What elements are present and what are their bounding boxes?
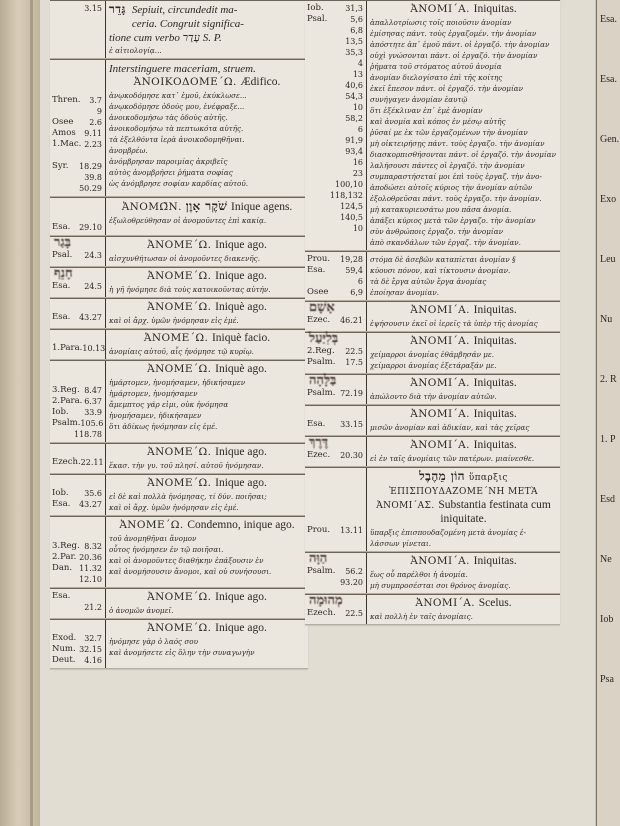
greek-headword: ἈΝΟΜΙ΄Α. xyxy=(410,555,470,567)
reference-row xyxy=(52,519,102,530)
reference-column: 3.Reg.8.322.Par.20.36Dan.11.3212.10 xyxy=(50,517,106,587)
chapter-verse: 20.30 xyxy=(340,450,363,461)
greek-quotation-line: λάσσων γίνεται. xyxy=(370,538,557,549)
book-abbreviation: Psal. xyxy=(307,14,327,25)
chapter-verse: 35,3 xyxy=(345,47,363,58)
chapter-verse: 59,4 xyxy=(345,265,363,276)
greek-quotation-line: μὴ οἰκτειρήσῃς πάντ. τοὺς ἐργαζο. τὴν ἀν… xyxy=(370,138,557,149)
greek-headword: ἈΝΟΜΙ΄Α. xyxy=(410,335,470,347)
reference-row: 21.2 xyxy=(52,602,102,613)
reference-row: 4 xyxy=(307,58,363,69)
concordance-slip: Prou.19,28Esa.59,46Osee6,9στόμα δὲ ἀσεβῶ… xyxy=(305,251,560,301)
reference-row: 16 xyxy=(307,157,363,168)
chapter-verse: 24.3 xyxy=(84,250,102,261)
reference-row xyxy=(52,477,102,488)
greek-headword: ἈΝΟΜΩ̃Ν. xyxy=(122,201,182,213)
book-abbreviation: Ezec. xyxy=(307,315,330,326)
entry-heading: ἈΝΟΜΕ΄Ω. Inique ago. xyxy=(109,591,305,604)
book-abbreviation: 3.Reg. xyxy=(52,385,80,396)
reference-row: 40,6 xyxy=(307,80,363,91)
chapter-verse: 40,6 xyxy=(345,80,363,91)
hebrew-word: שֹׁקֶר אָוֶן xyxy=(186,199,228,213)
reference-column: Prou.19,28Esa.59,46Osee6,9 xyxy=(305,252,367,300)
greek-headword: ἈΝΟΜΙ΄Α. xyxy=(410,3,470,15)
chapter-verse: 6,8 xyxy=(350,25,363,36)
margin-reference: 2. R xyxy=(597,368,620,392)
entry-body: ἈΝΟΜΙ΄Α. Iniquitas.μισῶν ἀνομίαν καὶ ἀδι… xyxy=(367,406,560,435)
greek-quotation-line: συμπαραστήσεταί μοι ἐπὶ τοὺς ἐργαζ. τὴν … xyxy=(370,171,557,182)
reference-column: Psalm.56.293.20הַוָּה xyxy=(305,553,367,593)
greek-quotation-line: ἐξολοθρεῦσαι πάντ. τοὺς ἐργαζο. τὴν ἀνομ… xyxy=(370,193,557,204)
chapter-verse: 22.11 xyxy=(81,457,104,468)
chapter-verse: 17.5 xyxy=(345,357,363,368)
latin-translation: Inique ago. xyxy=(215,239,267,251)
reference-row: Psalm.105.6 xyxy=(52,418,102,429)
greek-quotation-line: διασκορπισθήσονται πάντ. οἱ ἐργαζό. τὴν … xyxy=(370,149,557,160)
chapter-verse: 10.13 xyxy=(82,343,105,354)
reference-column: Esa.33.15 xyxy=(305,406,367,435)
latin-translation: Condemno, inique ago. xyxy=(187,519,294,531)
chapter-verse: 6 xyxy=(358,124,363,135)
reference-row: 3.Reg.8.47 xyxy=(52,385,102,396)
latin-translation: Iniquitas. xyxy=(474,3,517,15)
reference-row xyxy=(52,363,102,374)
greek-headword: ἈΝΟΜΙ΄Α. xyxy=(415,597,475,609)
greek-quotation-line: ἄμεμπτος γάρ εἰμι, οὐκ ἠνόμησα xyxy=(109,399,305,410)
reference-row: 118.78 xyxy=(52,429,102,440)
reference-row: 6 xyxy=(307,276,363,287)
reference-row: Ezec.20.30 xyxy=(307,450,363,461)
reference-row: Dan.11.32 xyxy=(52,563,102,574)
reference-row: 6,8 xyxy=(307,25,363,36)
concordance-slip: Psal.24.3בָּגַרἈΝΟΜΕ΄Ω. Inique ago.αἰσχυ… xyxy=(50,236,308,267)
chapter-verse: 13 xyxy=(353,69,363,80)
entry-body: הוֹן מֵהֶבֶל ὕπαρξις ἘΠΙΣΠΟΥΔΑΖΟΜΕ΄ΝΗ ΜΕ… xyxy=(367,468,560,551)
latin-translation: Iniquè ago. xyxy=(215,363,267,375)
reference-row: Esa.33.15 xyxy=(307,419,363,430)
book-abbreviation: Esa. xyxy=(307,419,325,430)
book-abbreviation: 1.Para. xyxy=(52,343,82,354)
chapter-verse: 31,3 xyxy=(345,3,363,14)
reference-row: Syr.18.29 xyxy=(52,161,102,172)
chapter-verse: 39.8 xyxy=(84,172,102,183)
reference-row: Esa.24.5 xyxy=(52,281,102,292)
greek-quotation-line: τὰ δὲ ἔργα αὐτῶν ἔργα ἀνομίας xyxy=(370,276,557,287)
greek-quotation-line: καὶ ἀνομήσετε εἰς ὅλην τὴν συναγωγὴν xyxy=(109,647,305,658)
greek-quotation-line: ἀνομβρέω. xyxy=(109,145,305,156)
chapter-verse: 9.11 xyxy=(84,128,102,139)
reference-row: Iob.31,3 xyxy=(307,3,363,14)
book-abbreviation: Syr. xyxy=(52,161,68,172)
margin-reference: Psa xyxy=(597,668,620,692)
greek-quotation-line: χείμαρροι ἀνομίας ἐθάμβησάν με. xyxy=(370,349,557,360)
entry-heading: ἈΝΟΜΕ΄Ω. Iniquè ago. xyxy=(109,363,305,376)
latin-translation: Inique ago. xyxy=(215,446,267,458)
reference-column: Esa.29.10 xyxy=(50,198,106,235)
greek-headword: ἈΝΟΜΕ΄Ω. xyxy=(119,519,183,531)
entry-body: ἈΝΟΜΕ΄Ω. Inique ago.ἠνόμησε γὰρ ὁ λαός σ… xyxy=(106,620,308,668)
reference-row: 118,132 xyxy=(307,190,363,201)
hebrew-word: גָּדֵר xyxy=(109,2,126,16)
reference-row: Ezech.22.5 xyxy=(307,608,363,619)
greek-quotation-line: ἀνόμβρησαν παροιμίας ἀκριβεῖς xyxy=(109,156,305,167)
chapter-verse: 3.15 xyxy=(84,3,102,14)
entry-heading: ἈΝΟΜΙ΄Α. Scelus. xyxy=(370,597,557,610)
reference-row: 9 xyxy=(52,106,102,117)
greek-quotation-line: μὴ κατακυριευσάτω μου πᾶσα ἀνομία. xyxy=(370,204,557,215)
book-abbreviation: Psalm. xyxy=(307,566,335,577)
greek-quotation-line: ἐποίησαν ἀνομίαν. xyxy=(370,287,557,298)
reference-row: Esa.43.27 xyxy=(52,312,102,323)
concordance-slip: Esa.29.10ἈΝΟΜΩ̃Ν. שֹׁקֶר אָוֶן Inique ag… xyxy=(50,197,308,236)
hebrew-stamp: מְהוּמָה xyxy=(309,595,343,606)
chapter-verse: 35.6 xyxy=(84,488,102,499)
greek-quotation-line: ὁ ἀνομῶν ἀνομεῖ. xyxy=(109,605,305,616)
hebrew-stamp: דֶּרֶךְ xyxy=(309,437,328,448)
concordance-slip: 3.15גָּדֵרSepiuit, circundedit ma-ceria.… xyxy=(50,0,308,59)
reference-row: 93.20 xyxy=(307,577,363,588)
reference-row: Iob.33.9 xyxy=(52,407,102,418)
reference-row: 93,4 xyxy=(307,146,363,157)
chapter-verse: 18.29 xyxy=(79,161,102,172)
greek-quotation-line: ἐμίσησας πάντ. τοὺς ἐργαζομέν. τὴν ἀνομί… xyxy=(370,28,557,39)
entry-heading: ἈΝΟΜΕ΄Ω. Inique ago. xyxy=(109,270,305,283)
latin-translation: Iniquitas. xyxy=(474,439,517,451)
entry-heading: ἈΝΟΜΕ΄Ω. Inique ago. xyxy=(109,239,305,252)
greek-quotation-line: ὅτι ἀδίκως ἠνόμησαν εἰς ἐμέ. xyxy=(109,421,305,432)
greek-quotation-line: καὶ πολλὴ ἐν ταῖς ἀνομίαις. xyxy=(370,611,557,622)
greek-quotation-line: ἐξωλοθρεύθησαν οἱ ἀνομοῦντες ἐπὶ κακίᾳ. xyxy=(109,215,305,226)
reference-row: Psalm.72.19 xyxy=(307,388,363,399)
concordance-slip: Iob.31,3Psal.5,66,813,535,341340,654,310… xyxy=(305,0,560,251)
reference-column: Ezech.22.5מְהוּמָה xyxy=(305,595,367,624)
book-abbreviation: Osee xyxy=(307,287,328,298)
greek-quotation-line: ἀπόστητε ἀπ᾽ ἐμοῦ πάντ. οἱ ἐργαζό. τὴν ἀ… xyxy=(370,39,557,50)
reference-row xyxy=(52,530,102,541)
reference-row: Esa.29.10 xyxy=(52,222,102,233)
greek-headword: ἈΝΟΙΚΟΔΟΜΕ΄Ω. xyxy=(134,76,237,88)
hebrew-stamp: חָנֵף xyxy=(54,268,73,279)
reference-row xyxy=(307,492,363,503)
book-abbreviation: 2.Par. xyxy=(52,552,76,563)
reference-row: 2.Par.20.36 xyxy=(52,552,102,563)
greek-quotation-line: μὴ συμπροσέσται σοι θρόνος ἀνομίας. xyxy=(370,580,557,591)
chapter-verse: 21.2 xyxy=(84,602,102,613)
greek-headword: ἈΝΟΜΕ΄Ω. xyxy=(147,363,211,375)
greek-headword: ἈΝΟΜΕ΄Ω. xyxy=(147,622,211,634)
chapter-verse: 32.7 xyxy=(84,633,102,644)
reference-row: 6 xyxy=(307,124,363,135)
greek-quotation-line: ἕκασ. τὴν γυ. τοῦ πλησί. αὐτοῦ ἠνόμησαν. xyxy=(109,460,305,471)
book-abbreviation: 2.Para. xyxy=(52,396,82,407)
latin-gloss-line: Sepiuit, circundedit ma- xyxy=(109,3,305,17)
entry-heading: ἈΝΟΜΙ΄Α. Iniquitas. xyxy=(370,335,557,348)
chapter-verse: 4 xyxy=(358,58,363,69)
reference-row xyxy=(52,150,102,161)
chapter-verse: 12.10 xyxy=(79,574,102,585)
entry-body: ἈΝΟΜΩ̃Ν. שֹׁקֶר אָוֶן Inique agens.ἐξωλο… xyxy=(106,198,308,235)
greek-quotation-line: μισῶν ἀνομίαν καὶ ἀδικίαν, καὶ τὰς χεῖρα… xyxy=(370,422,557,433)
book-abbreviation: 1.Mac. xyxy=(52,139,81,150)
entry-heading: ἈΝΟΜΕ΄Ω. Inique ago. xyxy=(109,477,305,490)
entry-heading: ἈΝΟΜΙ΄Α. Iniquitas. xyxy=(370,304,557,317)
reference-row xyxy=(52,84,102,95)
greek-quotation-line: ὕπαρξις ἐπισπουδαζομένη μετὰ ἀνομίας ἐ- xyxy=(370,527,557,538)
chapter-verse: 6 xyxy=(358,276,363,287)
chapter-verse: 124,5 xyxy=(340,201,363,212)
book-abbreviation: Deut. xyxy=(52,655,75,666)
chapter-verse: 24.5 xyxy=(84,281,102,292)
reference-column: 3.Reg.8.472.Para.6.37Iob.33.9Psalm.105.6… xyxy=(50,361,106,442)
reference-row: 10 xyxy=(307,223,363,234)
chapter-verse: 105.6 xyxy=(80,418,103,429)
reference-column: Iob.31,3Psal.5,66,813,535,341340,654,310… xyxy=(305,1,367,250)
chapter-verse: 93.20 xyxy=(340,577,363,588)
reference-row: 140,5 xyxy=(307,212,363,223)
hebrew-stamp: בְּלִיַּעַל xyxy=(309,333,338,344)
reference-row: Amos9.11 xyxy=(52,128,102,139)
reference-row: Esa. xyxy=(52,591,102,602)
chapter-verse: 16 xyxy=(353,157,363,168)
reference-column: Psal.24.3בָּגַר xyxy=(50,237,106,266)
reference-row: 23 xyxy=(307,168,363,179)
reference-row xyxy=(52,446,102,457)
reference-row xyxy=(307,408,363,419)
greek-quotation-line: στόμα δὲ ἀσεβῶν καταπίεται ἀνομίαν § xyxy=(370,254,557,265)
reference-row: 39.8 xyxy=(52,172,102,183)
entry-body: ἈΝΟΜΕ΄Ω. Iniquè ago.καὶ οἱ ἄρχ. ὑμῶν ἠνό… xyxy=(106,299,308,328)
chapter-verse: 2.6 xyxy=(89,117,102,128)
reference-column: Ezec.46.21אָשָׁם xyxy=(305,302,367,331)
reference-column: Esa.21.2 xyxy=(50,589,106,618)
greek-quotation-line: καὶ οἱ ἄρχ. ὑμῶν ἠνόμησαν εἰς ἐμέ. xyxy=(109,502,305,513)
reference-column: Ezech.22.11 xyxy=(50,444,106,473)
chapter-verse: 5,6 xyxy=(350,14,363,25)
greek-quotation-line: καὶ ἀνομία καὶ κόπος ἐν μέσῳ αὐτῆς xyxy=(370,116,557,127)
chapter-verse: 43.27 xyxy=(79,312,102,323)
entry-heading: ἈΝΟΙΚΟΔΟΜΕ΄Ω. Ædifico. xyxy=(109,76,305,89)
entry-heading: ἈΝΟΜΕ΄Ω. Inique ago. xyxy=(109,622,305,635)
reference-row: Prou.13.11 xyxy=(307,525,363,536)
entry-body: ἈΝΟΜΙ΄Α. Iniquitas.ἕως οὗ παρέλθοι ἡ ἀνο… xyxy=(367,553,560,593)
greek-quotation-line: ῥῦσαί με ἐκ τῶν ἐργαζομένων τὴν ἀνομίαν xyxy=(370,127,557,138)
reference-row: Osee2.6 xyxy=(52,117,102,128)
reference-row: 3.Reg.8.32 xyxy=(52,541,102,552)
greek-quotation-line: ἀνομίαις αὐτοῦ, αἷς ἠνόμησε τῷ κυρίῳ. xyxy=(109,346,305,357)
concordance-slip: Esa.33.15ἈΝΟΜΙ΄Α. Iniquitas.μισῶν ἀνομία… xyxy=(305,405,560,436)
book-abbreviation: Esa. xyxy=(52,591,70,602)
greek-quotation-line: οὐχὶ γνώσονται πάντ. οἱ ἐργαζό. τὴν ἀνομ… xyxy=(370,50,557,61)
reference-column: Ezec.20.30דֶּרֶךְ xyxy=(305,437,367,466)
chapter-verse: 2.23 xyxy=(84,139,102,150)
reference-column: Prou.13.11 xyxy=(305,468,367,551)
book-abbreviation: Esa. xyxy=(52,281,70,292)
greek-quotation-line: ἀπάξει κύριος μετὰ τῶν ἐργαζο. τὴν ἀνομί… xyxy=(370,215,557,226)
entry-body: ἈΝΟΜΕ΄Ω. Inique ago.ἡ γῆ ἠνόμησε διὰ τοὺ… xyxy=(106,268,308,297)
margin-reference: Esa. xyxy=(597,8,620,32)
latin-translation: Iniquitas. xyxy=(474,408,517,420)
reference-column: Esa.24.5חָנֵף xyxy=(50,268,106,297)
reference-row: 1.Mac.2.23 xyxy=(52,139,102,150)
greek-quotation-line: τοῦ ἀνομηθῆναι ἄνομον xyxy=(109,533,305,544)
latin-translation: Inique ago. xyxy=(215,591,267,603)
greek-quotation-line: εἰ ἐν ταῖς ἀνομίαις τῶν πατέρων. μιαίνεσ… xyxy=(370,453,557,464)
entry-body: ἈΝΟΜΕ΄Ω. Inique ago.ὁ ἀνομῶν ἀνομεῖ. xyxy=(106,589,308,618)
greek-quotation-line: ἠνόμησε γὰρ ὁ λαός σου xyxy=(109,636,305,647)
book-abbreviation: Psal. xyxy=(52,250,72,261)
book-abbreviation: Psalm. xyxy=(307,357,335,368)
latin-translation: Inique ago. xyxy=(215,477,267,489)
greek-quotation-line: αὐτὸς ἀνομβρήσει ῥήματα σοφίας xyxy=(109,167,305,178)
latin-translation: Inique ago. xyxy=(215,622,267,634)
latin-translation: Iniquitas. xyxy=(474,377,517,389)
margin-reference: Ne xyxy=(597,548,620,572)
greek-headword: ἈΝΟΜΙ΄Α. xyxy=(410,408,470,420)
reference-row xyxy=(52,301,102,312)
latin-translation: Iniquitas. xyxy=(474,555,517,567)
greek-quotation-line: ἡμάρτομεν, ἠνομήσαμεν xyxy=(109,388,305,399)
chapter-verse: 8.47 xyxy=(84,385,102,396)
greek-quotation-line: ἠνομήσαμεν, ἠδικήσαμεν xyxy=(109,410,305,421)
reference-row: 54,3 xyxy=(307,91,363,102)
latin-translation: Scelus. xyxy=(479,597,512,609)
reference-row: 1.Para.10.13 xyxy=(52,343,102,354)
greek-headword: ἈΝΟΜΕ΄Ω. xyxy=(147,477,211,489)
chapter-verse: 22.5 xyxy=(345,346,363,357)
reference-row xyxy=(52,73,102,84)
reference-row: 100,10 xyxy=(307,179,363,190)
latin-translation: Iniquè facio. xyxy=(212,332,270,344)
margin-reference: Nu xyxy=(597,308,620,332)
latin-translation: Iniquè ago. xyxy=(215,301,267,313)
reference-column: Exod.32.7Num.32.15Deut.4.16 xyxy=(50,620,106,668)
greek-quotation-line: ἀπαλλοτρίωσις τοῖς ποιοῦσιν ἀνομίαν xyxy=(370,17,557,28)
greek-headword: ἈΝΟΜΕ΄Ω. xyxy=(147,446,211,458)
book-abbreviation: Iob. xyxy=(307,3,324,14)
entry-heading: ἈΝΟΜΕ΄Ω. Iniquè facio. xyxy=(109,332,305,345)
reference-column: 2.Reg.22.5Psalm.17.5בְּלִיַּעַל xyxy=(305,333,367,373)
chapter-verse: 10 xyxy=(353,223,363,234)
greek-quotation-line: καὶ οἱ ἄρχ. ὑμῶν ἠνόμησαν εἰς ἐμέ. xyxy=(109,315,305,326)
chapter-verse: 43.27 xyxy=(79,499,102,510)
greek-quotation-line: ἀπώλοντο διὰ τὴν ἀνομίαν αὐτῶν. xyxy=(370,391,557,402)
chapter-verse: 9 xyxy=(97,106,102,117)
facing-page-margin: Esa.Esa.Gen.ExoLeuNu2. R1. PEsdNeIobPsa xyxy=(596,0,620,826)
greek-headword: ἈΝΟΜΙ΄Α. xyxy=(410,377,470,389)
book-abbreviation: 2.Reg. xyxy=(307,346,335,357)
book-abbreviation: Amos xyxy=(52,128,76,139)
chapter-verse: 22.5 xyxy=(345,608,363,619)
book-abbreviation: Osee xyxy=(52,117,73,128)
reference-column: Esa.43.27 xyxy=(50,299,106,328)
book-abbreviation: Esa. xyxy=(307,265,325,276)
chapter-verse: 23 xyxy=(353,168,363,179)
latin-gloss-line: tione cum verbo עָדַר S. P. xyxy=(109,31,305,45)
greek-quotation-line: ἀνοικοδομήσω τὰς ὁδοὺς αὐτῆς. xyxy=(109,112,305,123)
margin-reference: Exo xyxy=(597,188,620,212)
chapter-verse: 56.2 xyxy=(345,566,363,577)
chapter-verse: 140,5 xyxy=(340,212,363,223)
reference-row: 3.15 xyxy=(52,3,102,14)
reference-row: Num.32.15 xyxy=(52,644,102,655)
margin-reference: 1. P xyxy=(597,428,620,452)
reference-row: 13 xyxy=(307,69,363,80)
chapter-verse: 58,2 xyxy=(345,113,363,124)
concordance-slip: 1.Para.10.13ἈΝΟΜΕ΄Ω. Iniquè facio.ἀνομία… xyxy=(50,329,308,360)
book-abbreviation: Num. xyxy=(52,644,76,655)
greek-headword: ἈΝΟΜΕ΄Ω. xyxy=(147,270,211,282)
greek-quotation-line: τὰ ἐξελθόντα ἱερὰ ἀνοικοδομηθῆναι. xyxy=(109,134,305,145)
concordance-slip: Ezech.22.5מְהוּמָהἈΝΟΜΙ΄Α. Scelus.καὶ πο… xyxy=(305,594,560,625)
chapter-verse: 13,5 xyxy=(345,36,363,47)
greek-headword: ἈΝΟΜΕ΄Ω. xyxy=(147,301,211,313)
book-abbreviation: Exod. xyxy=(52,633,76,644)
reference-row: Esa.59,4 xyxy=(307,265,363,276)
book-abbreviation: Esa. xyxy=(52,499,70,510)
latin-translation: Inique ago. xyxy=(215,270,267,282)
entry-body: גָּדֵרSepiuit, circundedit ma-ceria. Con… xyxy=(106,1,308,58)
greek-quotation-line: λαλήσουσι πάντες οἱ ἐργαζό. τὴν ἀνομίαν xyxy=(370,160,557,171)
reference-row: Psal.24.3 xyxy=(52,250,102,261)
concordance-slip: Ezec.46.21אָשָׁםἈΝΟΜΙ΄Α. Iniquitas.ἑψήσο… xyxy=(305,301,560,332)
reference-row: Esa.43.27 xyxy=(52,499,102,510)
concordance-slip: Psalm.72.19בַּלָּהָהἈΝΟΜΙ΄Α. Iniquitas.ἀ… xyxy=(305,374,560,405)
book-abbreviation: Esa. xyxy=(52,222,70,233)
book-abbreviation: Ezech. xyxy=(307,608,336,619)
greek-quotation-line: ἀνῳκοδόμησε ὁδούς μου, ἐνέφραξε... xyxy=(109,101,305,112)
reference-row xyxy=(52,62,102,73)
greek-quotation-line: συνήγαγεν ἀνομίαν ἑαυτῷ xyxy=(370,94,557,105)
concordance-slip: Exod.32.7Num.32.15Deut.4.16ἈΝΟΜΕ΄Ω. Iniq… xyxy=(50,619,308,669)
entry-body: Interstinguere maceriam, struem.ἈΝΟΙΚΟΔΟ… xyxy=(106,60,308,196)
entry-heading: ἈΝΟΜΙ΄Α. Iniquitas. xyxy=(370,3,557,16)
chapter-verse: 6,9 xyxy=(350,287,363,298)
latin-translation: Iniquitas. xyxy=(474,335,517,347)
concordance-slip: Ezech.22.11ἈΝΟΜΕ΄Ω. Inique ago.ἕκασ. τὴν… xyxy=(50,443,308,474)
reference-row: Iob.35.6 xyxy=(52,488,102,499)
greek-headword: ἈΝΟΜΕ΄Ω. xyxy=(147,591,211,603)
reference-row: 2.Para.6.37 xyxy=(52,396,102,407)
entry-body: ἈΝΟΜΕ΄Ω. Inique ago.αἰσχυνθήτωσαν οἱ ἀνο… xyxy=(106,237,308,266)
concordance-slip: 3.Reg.8.322.Par.20.36Dan.11.3212.10ἈΝΟΜΕ… xyxy=(50,516,308,588)
reference-column: Thren.3.79Osee2.6Amos9.111.Mac.2.23Syr.1… xyxy=(50,60,106,196)
entry-heading: ἈΝΟΜΙ΄Α. Iniquitas. xyxy=(370,555,557,568)
greek-headword: ἈΝΟΜΙ΄Α. xyxy=(410,439,470,451)
concordance-slip: Prou.13.11הוֹן מֵהֶבֶל ὕπαρξις ἘΠΙΣΠΟΥΔΑ… xyxy=(305,467,560,552)
reference-column: Iob.35.6Esa.43.27 xyxy=(50,475,106,515)
entry-heading: ἈΝΟΜΙ΄Α. Iniquitas. xyxy=(370,377,557,390)
greek-quotation-line: χείμαρροι ἀνομίας ἐξετάραξάν με. xyxy=(370,360,557,371)
reference-column: 3.15 xyxy=(50,1,106,58)
entry-heading: ἈΝΟΜΕ΄Ω. Iniquè ago. xyxy=(109,301,305,314)
entry-heading: ἈΝΟΜΙ΄Α. Iniquitas. xyxy=(370,408,557,421)
reference-row: Thren.3.7 xyxy=(52,95,102,106)
book-abbreviation: Iob. xyxy=(52,407,69,418)
reference-row xyxy=(52,211,102,222)
book-abbreviation: Psalm. xyxy=(52,418,80,429)
latin-translation: Inique agens. xyxy=(231,201,292,213)
entry-heading: הוֹן מֵהֶבֶל ὕπαρξις ἘΠΙΣΠΟΥΔΑΖΟΜΕ΄ΝΗ ΜΕ… xyxy=(370,470,557,526)
chapter-verse: 54,3 xyxy=(345,91,363,102)
greek-headword: ἈΝΟΜΕ΄Ω. xyxy=(147,239,211,251)
reference-row: 12.10 xyxy=(52,574,102,585)
greek-quotation-line: ἑψήσουσιν ἐκεῖ οἱ ἱερεῖς τὰ ὑπὲρ τῆς ἀνο… xyxy=(370,318,557,329)
hebrew-stamp: הַוָּה xyxy=(309,553,327,564)
reference-row: Ezech.22.11 xyxy=(52,457,102,468)
chapter-verse: 13.11 xyxy=(340,525,363,536)
entry-heading: ἈΝΟΜΕ΄Ω. Inique ago. xyxy=(109,446,305,459)
greek-headword: ἈΝΟΜΕ΄Ω. xyxy=(144,332,208,344)
